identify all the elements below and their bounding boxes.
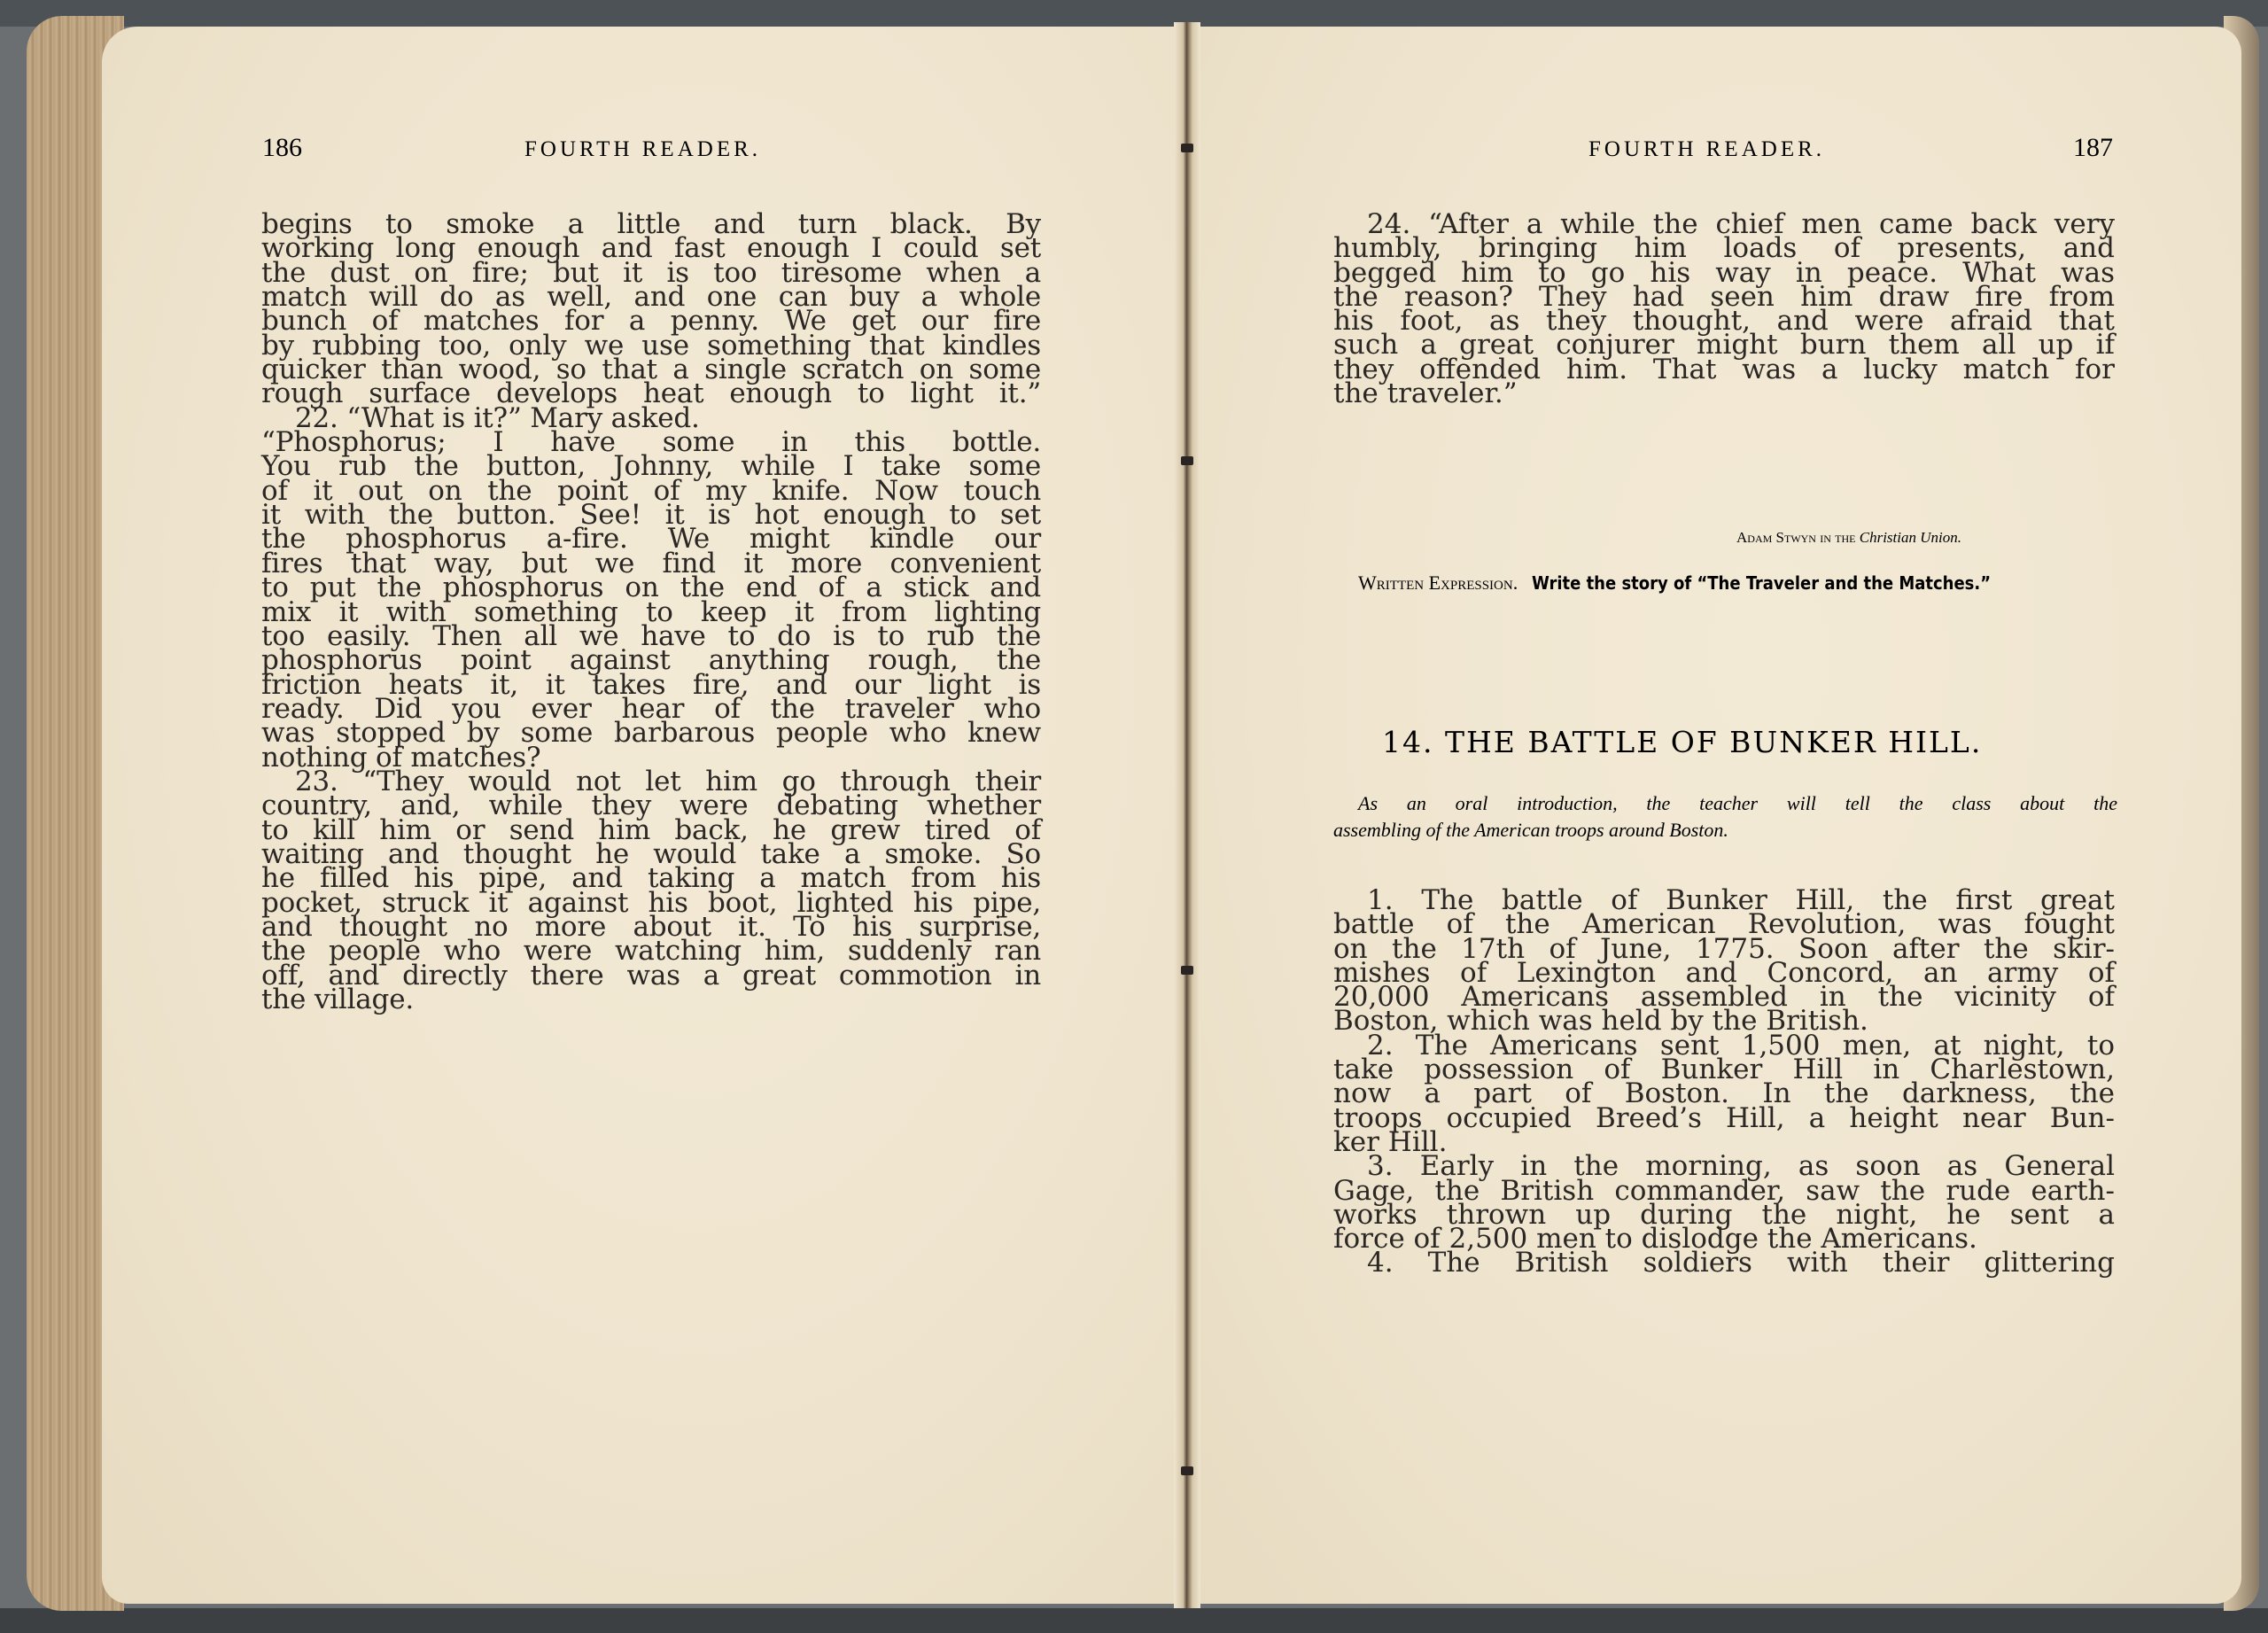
binding-stitch [1181,966,1193,975]
scan-background-top [0,0,2268,27]
text-line: 4. The British soldiers with their glitt… [1333,1251,2115,1275]
chapter-title: 14. THE BATTLE OF BUNKER HILL. [1382,725,1982,759]
chapter-intro-note: As an oral introduction, the teacher wil… [1333,790,2117,844]
text-line: the village. [261,988,1041,1012]
running-head-left: FOURTH READER. [524,137,761,162]
scan-background-bottom [0,1608,2268,1633]
attribution-connector: in the [1816,529,1860,546]
intro-line: assembling of the American troops around… [1333,817,2117,844]
page-number-right: 187 [2073,133,2113,163]
exercise-label: Written Expression. [1333,572,1518,594]
story-attribution: Adam Stwyn in the Christian Union. [1736,529,1961,547]
written-expression-exercise: Written Expression. Write the story of “… [1333,570,2117,596]
right-page-story-end: 24. “After a while the chief men came ba… [1333,213,2115,406]
text-line: troops occupied Breed’s Hill, a height n… [1333,1107,2115,1131]
binding-stitch [1181,144,1193,152]
running-head-right: FOURTH READER. [1588,137,1825,162]
book-spine-gutter [1174,22,1200,1608]
chapter-body: 1. The battle of Bunker Hill, the first … [1333,889,2115,1276]
attribution-author: Adam Stwyn [1736,529,1816,546]
text-line: the traveler.” [1333,382,2115,406]
exercise-instruction: Write the story of “The Traveler and the… [1532,572,1991,594]
attribution-source: Christian Union. [1860,529,1961,546]
left-page-body: begins to smoke a little and turn black.… [261,213,1041,1012]
intro-line: As an oral introduction, the teacher wil… [1333,790,2117,817]
page-number-left: 186 [262,133,302,163]
binding-stitch [1181,456,1193,465]
binding-stitch [1181,1466,1193,1475]
